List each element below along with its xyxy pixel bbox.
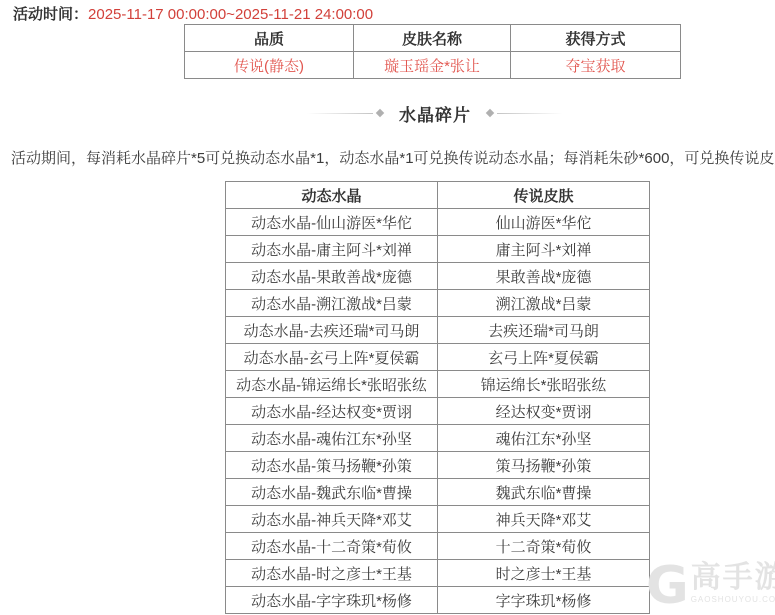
section-title-block: 水晶碎片 — [0, 100, 775, 126]
crystal-table-header-skin: 传说皮肤 — [438, 182, 650, 209]
table-cell: 动态水晶-庸主阿斗*刘禅 — [226, 236, 438, 263]
skin-reward-table: 品质 皮肤名称 获得方式 传说(静态)璇玉瑶金*张让夺宝获取 — [184, 24, 681, 79]
table-row: 动态水晶-庸主阿斗*刘禅庸主阿斗*刘禅 — [226, 236, 650, 263]
table-cell: 锦运绵长*张昭张纮 — [438, 371, 650, 398]
table-cell: 庸主阿斗*刘禅 — [438, 236, 650, 263]
table-cell: 动态水晶-果敢善战*庞德 — [226, 263, 438, 290]
table-cell: 动态水晶-玄弓上阵*夏侯霸 — [226, 344, 438, 371]
divider-line-right — [497, 113, 563, 114]
table-cell: 动态水晶-锦运绵长*张昭张纮 — [226, 371, 438, 398]
table-cell: 十二奇策*荀攸 — [438, 533, 650, 560]
section-title: 水晶碎片 — [399, 101, 471, 126]
table-cell: 动态水晶-经达权变*贾诩 — [226, 398, 438, 425]
table-row: 动态水晶-仙山游医*华佗仙山游医*华佗 — [226, 209, 650, 236]
table-row: 传说(静态)璇玉瑶金*张让夺宝获取 — [185, 52, 681, 79]
table-cell: 魏武东临*曹操 — [438, 479, 650, 506]
table-row: 动态水晶-时之彦士*王基时之彦士*王基 — [226, 560, 650, 587]
activity-time-line: 活动时间：2025-11-17 00:00:00~2025-11-21 24:0… — [13, 6, 373, 24]
table-row: 动态水晶-溯江激战*吕蒙溯江激战*吕蒙 — [226, 290, 650, 317]
table-cell: 去疾还瑞*司马朗 — [438, 317, 650, 344]
diamond-icon — [376, 109, 384, 117]
table-cell: 动态水晶-魏武东临*曹操 — [226, 479, 438, 506]
section-description: 活动期间，每消耗水晶碎片*5可兑换动态水晶*1，动态水晶*1可兑换传说动态水晶；… — [11, 149, 771, 169]
table-cell: 魂佑江东*孙坚 — [438, 425, 650, 452]
table-row: 动态水晶-经达权变*贾诩经达权变*贾诩 — [226, 398, 650, 425]
table-cell: 动态水晶-策马扬鞭*孙策 — [226, 452, 438, 479]
table-cell: 经达权变*贾诩 — [438, 398, 650, 425]
table-row: 动态水晶-策马扬鞭*孙策策马扬鞭*孙策 — [226, 452, 650, 479]
table-cell: 溯江激战*吕蒙 — [438, 290, 650, 317]
table-row: 动态水晶-魂佑江东*孙坚魂佑江东*孙坚 — [226, 425, 650, 452]
table-row: 动态水晶-神兵天降*邓艾神兵天降*邓艾 — [226, 506, 650, 533]
table-cell: 动态水晶-仙山游医*华佗 — [226, 209, 438, 236]
table-cell: 动态水晶-神兵天降*邓艾 — [226, 506, 438, 533]
table-row: 动态水晶-果敢善战*庞德果敢善战*庞德 — [226, 263, 650, 290]
table-cell: 动态水晶-字字珠玑*杨修 — [226, 587, 438, 614]
table-row: 动态水晶-锦运绵长*张昭张纮锦运绵长*张昭张纮 — [226, 371, 650, 398]
site-watermark: G 高手游 GAOSHOUYOU.COM — [646, 556, 775, 612]
table-header-row: 品质 皮肤名称 获得方式 — [185, 25, 681, 52]
table-header-row: 动态水晶 传说皮肤 — [226, 182, 650, 209]
gaoshouyou-logo-icon: G — [646, 560, 689, 612]
table-cell: 璇玉瑶金*张让 — [354, 52, 511, 79]
table-row: 动态水晶-去疾还瑞*司马朗去疾还瑞*司马朗 — [226, 317, 650, 344]
activity-time-value: 2025-11-17 00:00:00~2025-11-21 24:00:00 — [88, 6, 373, 23]
crystal-table-header-crystal: 动态水晶 — [226, 182, 438, 209]
table-cell: 传说(静态) — [185, 52, 354, 79]
table-cell: 动态水晶-去疾还瑞*司马朗 — [226, 317, 438, 344]
table-cell: 动态水晶-魂佑江东*孙坚 — [226, 425, 438, 452]
table-cell: 动态水晶-十二奇策*荀攸 — [226, 533, 438, 560]
table-cell: 策马扬鞭*孙策 — [438, 452, 650, 479]
watermark-site-name: 高手游 — [691, 562, 775, 594]
table-cell: 字字珠玑*杨修 — [438, 587, 650, 614]
crystal-exchange-table: 动态水晶 传说皮肤 动态水晶-仙山游医*华佗仙山游医*华佗动态水晶-庸主阿斗*刘… — [225, 181, 650, 614]
divider-line-left — [307, 113, 373, 114]
table-cell: 动态水晶-时之彦士*王基 — [226, 560, 438, 587]
diamond-icon — [486, 109, 494, 117]
table-cell: 动态水晶-溯江激战*吕蒙 — [226, 290, 438, 317]
table-cell: 仙山游医*华佗 — [438, 209, 650, 236]
table-cell: 神兵天降*邓艾 — [438, 506, 650, 533]
watermark-domain: GAOSHOUYOU.COM — [691, 595, 775, 604]
skin-table-header-quality: 品质 — [185, 25, 354, 52]
watermark-text-block: 高手游 GAOSHOUYOU.COM — [691, 556, 775, 604]
table-row: 动态水晶-字字珠玑*杨修字字珠玑*杨修 — [226, 587, 650, 614]
skin-table-header-method: 获得方式 — [511, 25, 681, 52]
table-cell: 夺宝获取 — [511, 52, 681, 79]
table-cell: 玄弓上阵*夏侯霸 — [438, 344, 650, 371]
table-row: 动态水晶-十二奇策*荀攸十二奇策*荀攸 — [226, 533, 650, 560]
table-row: 动态水晶-魏武东临*曹操魏武东临*曹操 — [226, 479, 650, 506]
table-cell: 时之彦士*王基 — [438, 560, 650, 587]
skin-table-header-name: 皮肤名称 — [354, 25, 511, 52]
table-cell: 果敢善战*庞德 — [438, 263, 650, 290]
activity-time-label: 活动时间： — [13, 6, 88, 23]
table-row: 动态水晶-玄弓上阵*夏侯霸玄弓上阵*夏侯霸 — [226, 344, 650, 371]
